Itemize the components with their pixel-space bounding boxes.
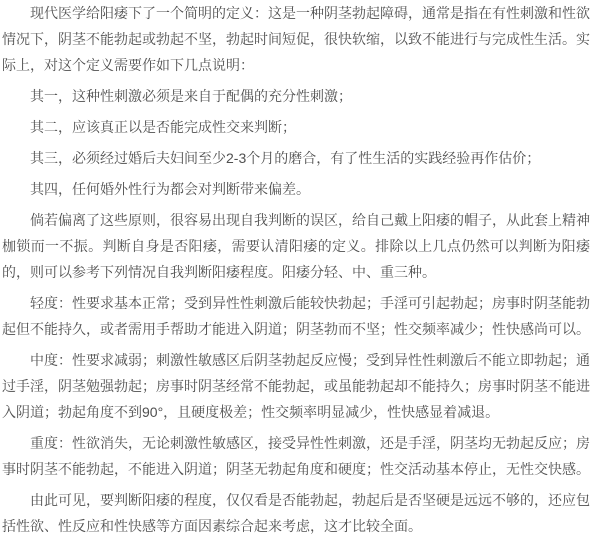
- self-judgment-paragraph: 倘若偏离了这些原则，很容易出现自我判断的误区，给自己戴上阳痿的帽子，从此套上精神…: [2, 207, 590, 285]
- moderate-degree-paragraph: 中度：性要求减弱；刺激性敏感区后阴茎勃起反应慢；受到异性性刺激后不能立即勃起；通…: [2, 347, 590, 425]
- severe-degree-paragraph: 重度：性欲消失，无论刺激性敏感区，接受异性性刺激，还是手淫，阴茎均无勃起反应；房…: [2, 430, 590, 482]
- point-2-paragraph: 其二，应该真正以是否能完成性交来判断；: [2, 114, 590, 140]
- point-4-paragraph: 其四，任何婚外性行为都会对判断带来偏差。: [2, 176, 590, 202]
- intro-definition-paragraph: 现代医学给阳痿下了一个简明的定义：这是一种阴茎勃起障碍，通常是指在有性刺激和性欲…: [2, 0, 590, 78]
- point-3-paragraph: 其三，必须经过婚后夫妇间至少2-3个月的磨合，有了性生活的实践经验再作估价；: [2, 145, 590, 171]
- point-1-paragraph: 其一，这种性刺激必须是来自于配偶的充分性刺激；: [2, 83, 590, 109]
- article-body: 现代医学给阳痿下了一个简明的定义：这是一种阴茎勃起障碍，通常是指在有性刺激和性欲…: [0, 0, 592, 539]
- mild-degree-paragraph: 轻度：性要求基本正常；受到异性性刺激后能较快勃起；手淫可引起勃起；房事时阴茎能勃…: [2, 290, 590, 342]
- conclusion-paragraph: 由此可见，要判断阳痿的程度，仅仅看是否能勃起，勃起后是否坚硬是远远不够的，还应包…: [2, 487, 590, 539]
